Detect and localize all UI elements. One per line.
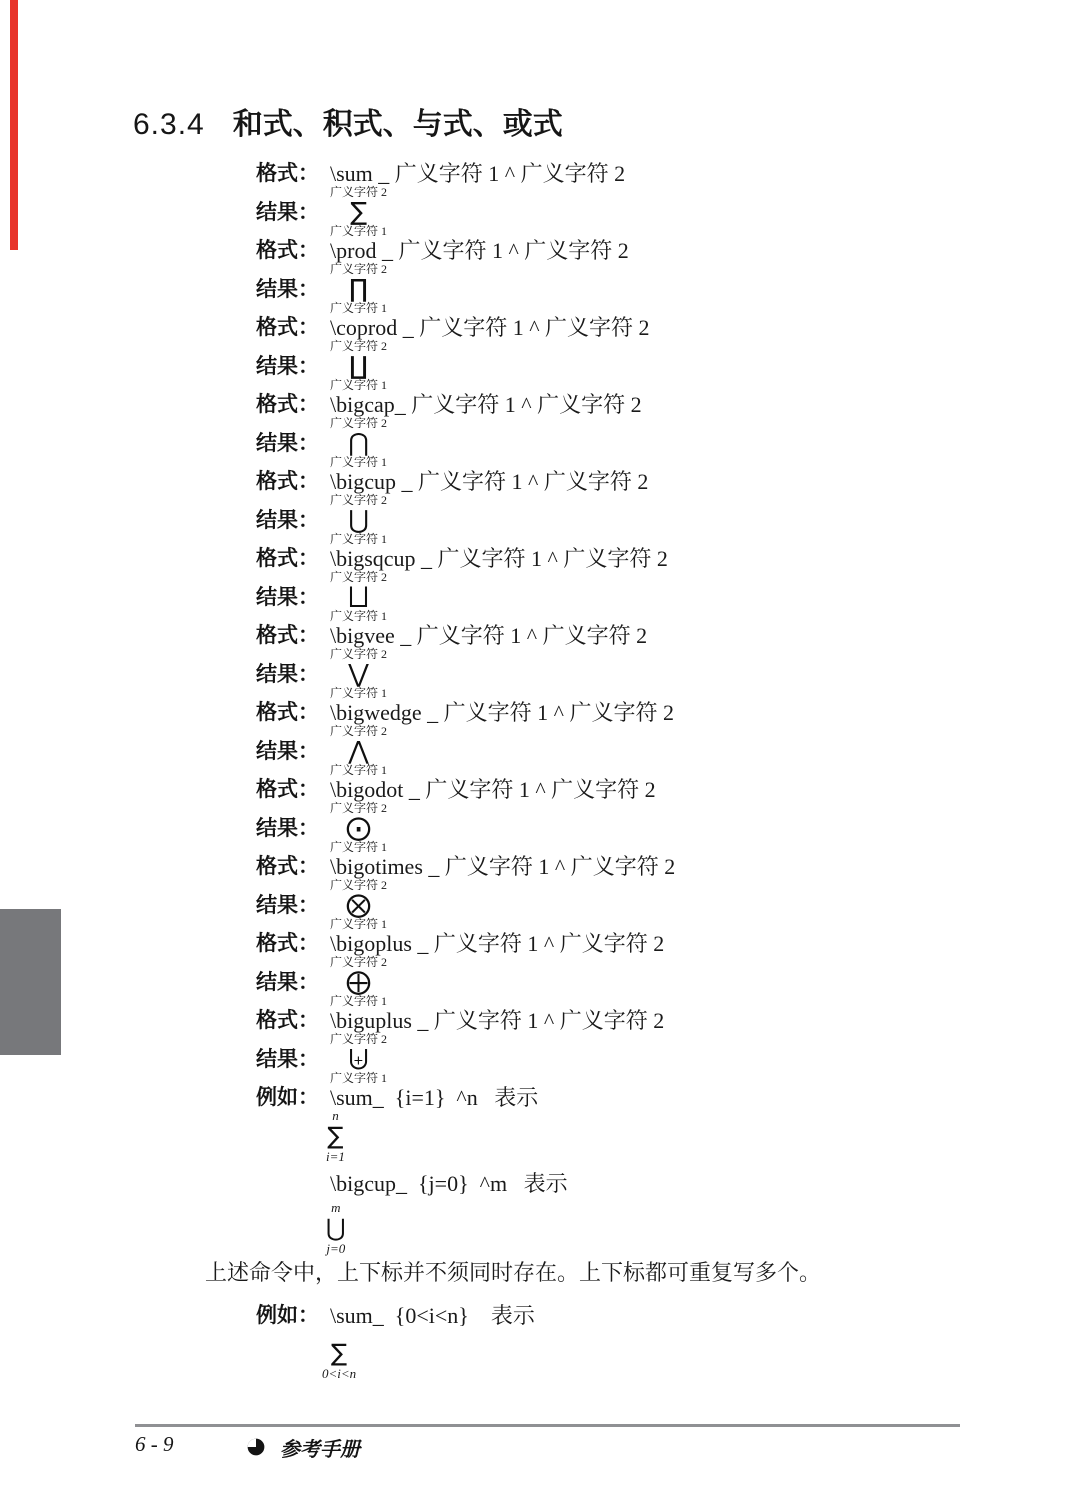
operator-symbol: ⨄ [348,1046,368,1072]
command-pair-sum: 格式： \sum _ 广义字符 1 ^ 广义字符 2 结果： 广义字符 2 ∑ … [0,160,1073,239]
example-formula-sum: n ∑ i=1 [326,1108,345,1164]
result-formula: 广义字符 2 ⨀ 广义字符 1 [330,802,387,854]
result-label: 结果： [256,893,319,919]
format-label: 格式： [256,546,319,572]
example-label-2: 例如： [256,1303,319,1329]
note-paragraph: 上述命令中，上下标并不须同时存在。上下标都可重复写多个。 [205,1260,821,1286]
command-syntax: \bigodot _ 广义字符 1 ^ 广义字符 2 [330,776,656,803]
operator-symbol: ⋀ [348,738,369,764]
format-label: 格式： [256,1008,319,1034]
example-formula-sum2: ∑ 0<i<n [322,1340,356,1381]
operator-symbol: ⨂ [346,892,371,918]
result-label: 结果： [256,508,319,534]
footer-rule [135,1424,960,1427]
result-label: 结果： [256,277,319,303]
command-syntax: \bigcup _ 广义字符 1 ^ 广义字符 2 [330,468,648,495]
manual-page: 6.3.4和式、积式、与式、或式 格式： \sum _ 广义字符 1 ^ 广义字… [0,0,1073,1488]
command-pair-bigotimes: 格式： \bigotimes _ 广义字符 1 ^ 广义字符 2 结果： 广义字… [0,853,1073,932]
format-label: 格式： [256,777,319,803]
example-formula-bigcup: m ⋃ j=0 [326,1200,346,1256]
command-syntax: \bigvee _ 广义字符 1 ^ 广义字符 2 [330,622,647,649]
result-formula: 广义字符 2 ∏ 广义字符 1 [330,263,387,315]
result-formula: 广义字符 2 ⋁ 广义字符 1 [330,648,387,700]
format-label: 格式： [256,238,319,264]
subscript-text: i=1 [326,1149,345,1164]
result-label: 结果： [256,662,319,688]
operator-symbol: ∑ [350,199,367,225]
example-label-1: 例如： [256,1085,319,1111]
command-syntax: \biguplus _ 广义字符 1 ^ 广义字符 2 [330,1007,664,1034]
format-label: 格式： [256,700,319,726]
command-pair-bigsqcup: 格式： \bigsqcup _ 广义字符 1 ^ 广义字符 2 结果： 广义字符… [0,545,1073,624]
format-label: 格式： [256,161,319,187]
section-heading: 6.3.4和式、积式、与式、或式 [133,108,563,142]
operator-symbol: ⨁ [346,969,371,995]
result-label: 结果： [256,1047,319,1073]
result-formula: 广义字符 2 ⋀ 广义字符 1 [330,725,387,777]
result-label: 结果： [256,816,319,842]
format-label: 格式： [256,931,319,957]
result-label: 结果： [256,354,319,380]
subscript-text: 0<i<n [322,1366,356,1381]
result-formula: 广义字符 2 ⋃ 广义字符 1 [330,494,387,546]
command-syntax: \sum _ 广义字符 1 ^ 广义字符 2 [330,160,625,187]
result-label: 结果： [256,431,319,457]
command-syntax: \bigotimes _ 广义字符 1 ^ 广义字符 2 [330,853,675,880]
result-formula: 广义字符 2 ⨆ 广义字符 1 [330,571,387,623]
command-pair-biguplus: 格式： \biguplus _ 广义字符 1 ^ 广义字符 2 结果： 广义字符… [0,1007,1073,1086]
operator-symbol: ⋂ [348,430,369,456]
result-label: 结果： [256,739,319,765]
sum-symbol: ∑ [327,1123,343,1149]
command-syntax: \bigsqcup _ 广义字符 1 ^ 广义字符 2 [330,545,668,572]
format-label: 格式： [256,315,319,341]
pie-circle-icon [247,1438,265,1456]
result-formula: 广义字符 2 ⋂ 广义字符 1 [330,417,387,469]
result-formula: 广义字符 2 ∑ 广义字符 1 [330,186,387,238]
operator-symbol: ⋃ [348,507,369,533]
operator-symbol: ∐ [349,353,368,379]
result-formula: 广义字符 2 ⨂ 广义字符 1 [330,879,387,931]
sum-symbol: ∑ [331,1340,347,1366]
result-label: 结果： [256,200,319,226]
format-label: 格式： [256,392,319,418]
command-syntax: \prod _ 广义字符 1 ^ 广义字符 2 [330,237,629,264]
command-pair-bigodot: 格式： \bigodot _ 广义字符 1 ^ 广义字符 2 结果： 广义字符 … [0,776,1073,855]
example-command-bigcup: \bigcup_ {j=0} ^m 表示 [330,1170,568,1197]
section-number: 6.3.4 [133,108,205,141]
result-formula: 广义字符 2 ⨁ 广义字符 1 [330,956,387,1008]
operator-symbol: ⨀ [346,815,371,841]
command-pair-bigcap: 格式： \bigcap_ 广义字符 1 ^ 广义字符 2 结果： 广义字符 2 … [0,391,1073,470]
superscript-text: m [331,1200,340,1215]
format-label: 格式： [256,854,319,880]
manual-title: 参考手册 [280,1433,360,1462]
command-syntax: \bigoplus _ 广义字符 1 ^ 广义字符 2 [330,930,664,957]
operator-symbol: ⋁ [348,661,369,687]
result-formula: 广义字符 2 ⨄ 广义字符 1 [330,1033,387,1085]
command-pair-bigwedge: 格式： \bigwedge _ 广义字符 1 ^ 广义字符 2 结果： 广义字符… [0,699,1073,778]
command-syntax: \coprod _ 广义字符 1 ^ 广义字符 2 [330,314,650,341]
command-syntax: \bigwedge _ 广义字符 1 ^ 广义字符 2 [330,699,674,726]
command-pair-bigoplus: 格式： \bigoplus _ 广义字符 1 ^ 广义字符 2 结果： 广义字符… [0,930,1073,1009]
page-number: 6 - 9 [135,1432,174,1457]
result-formula: 广义字符 2 ∐ 广义字符 1 [330,340,387,392]
operator-symbol: ⨆ [349,584,369,610]
result-label: 结果： [256,585,319,611]
subscript-text: j=0 [326,1241,345,1256]
bigcup-symbol: ⋃ [326,1215,346,1241]
format-label: 格式： [256,469,319,495]
command-pair-bigcup: 格式： \bigcup _ 广义字符 1 ^ 广义字符 2 结果： 广义字符 2… [0,468,1073,547]
format-label: 格式： [256,623,319,649]
command-pair-coprod: 格式： \coprod _ 广义字符 1 ^ 广义字符 2 结果： 广义字符 2… [0,314,1073,393]
operator-symbol: ∏ [349,276,368,302]
section-title: 和式、积式、与式、或式 [233,108,563,141]
superscript-text: n [332,1108,339,1123]
command-pair-bigvee: 格式： \bigvee _ 广义字符 1 ^ 广义字符 2 结果： 广义字符 2… [0,622,1073,701]
example-command-sum2: \sum_ {0<i<n} 表示 [330,1302,535,1329]
result-label: 结果： [256,970,319,996]
command-pair-prod: 格式： \prod _ 广义字符 1 ^ 广义字符 2 结果： 广义字符 2 ∏… [0,237,1073,316]
command-syntax: \bigcap_ 广义字符 1 ^ 广义字符 2 [330,391,642,418]
example-command-sum: \sum_ {i=1} ^n 表示 [330,1084,538,1111]
